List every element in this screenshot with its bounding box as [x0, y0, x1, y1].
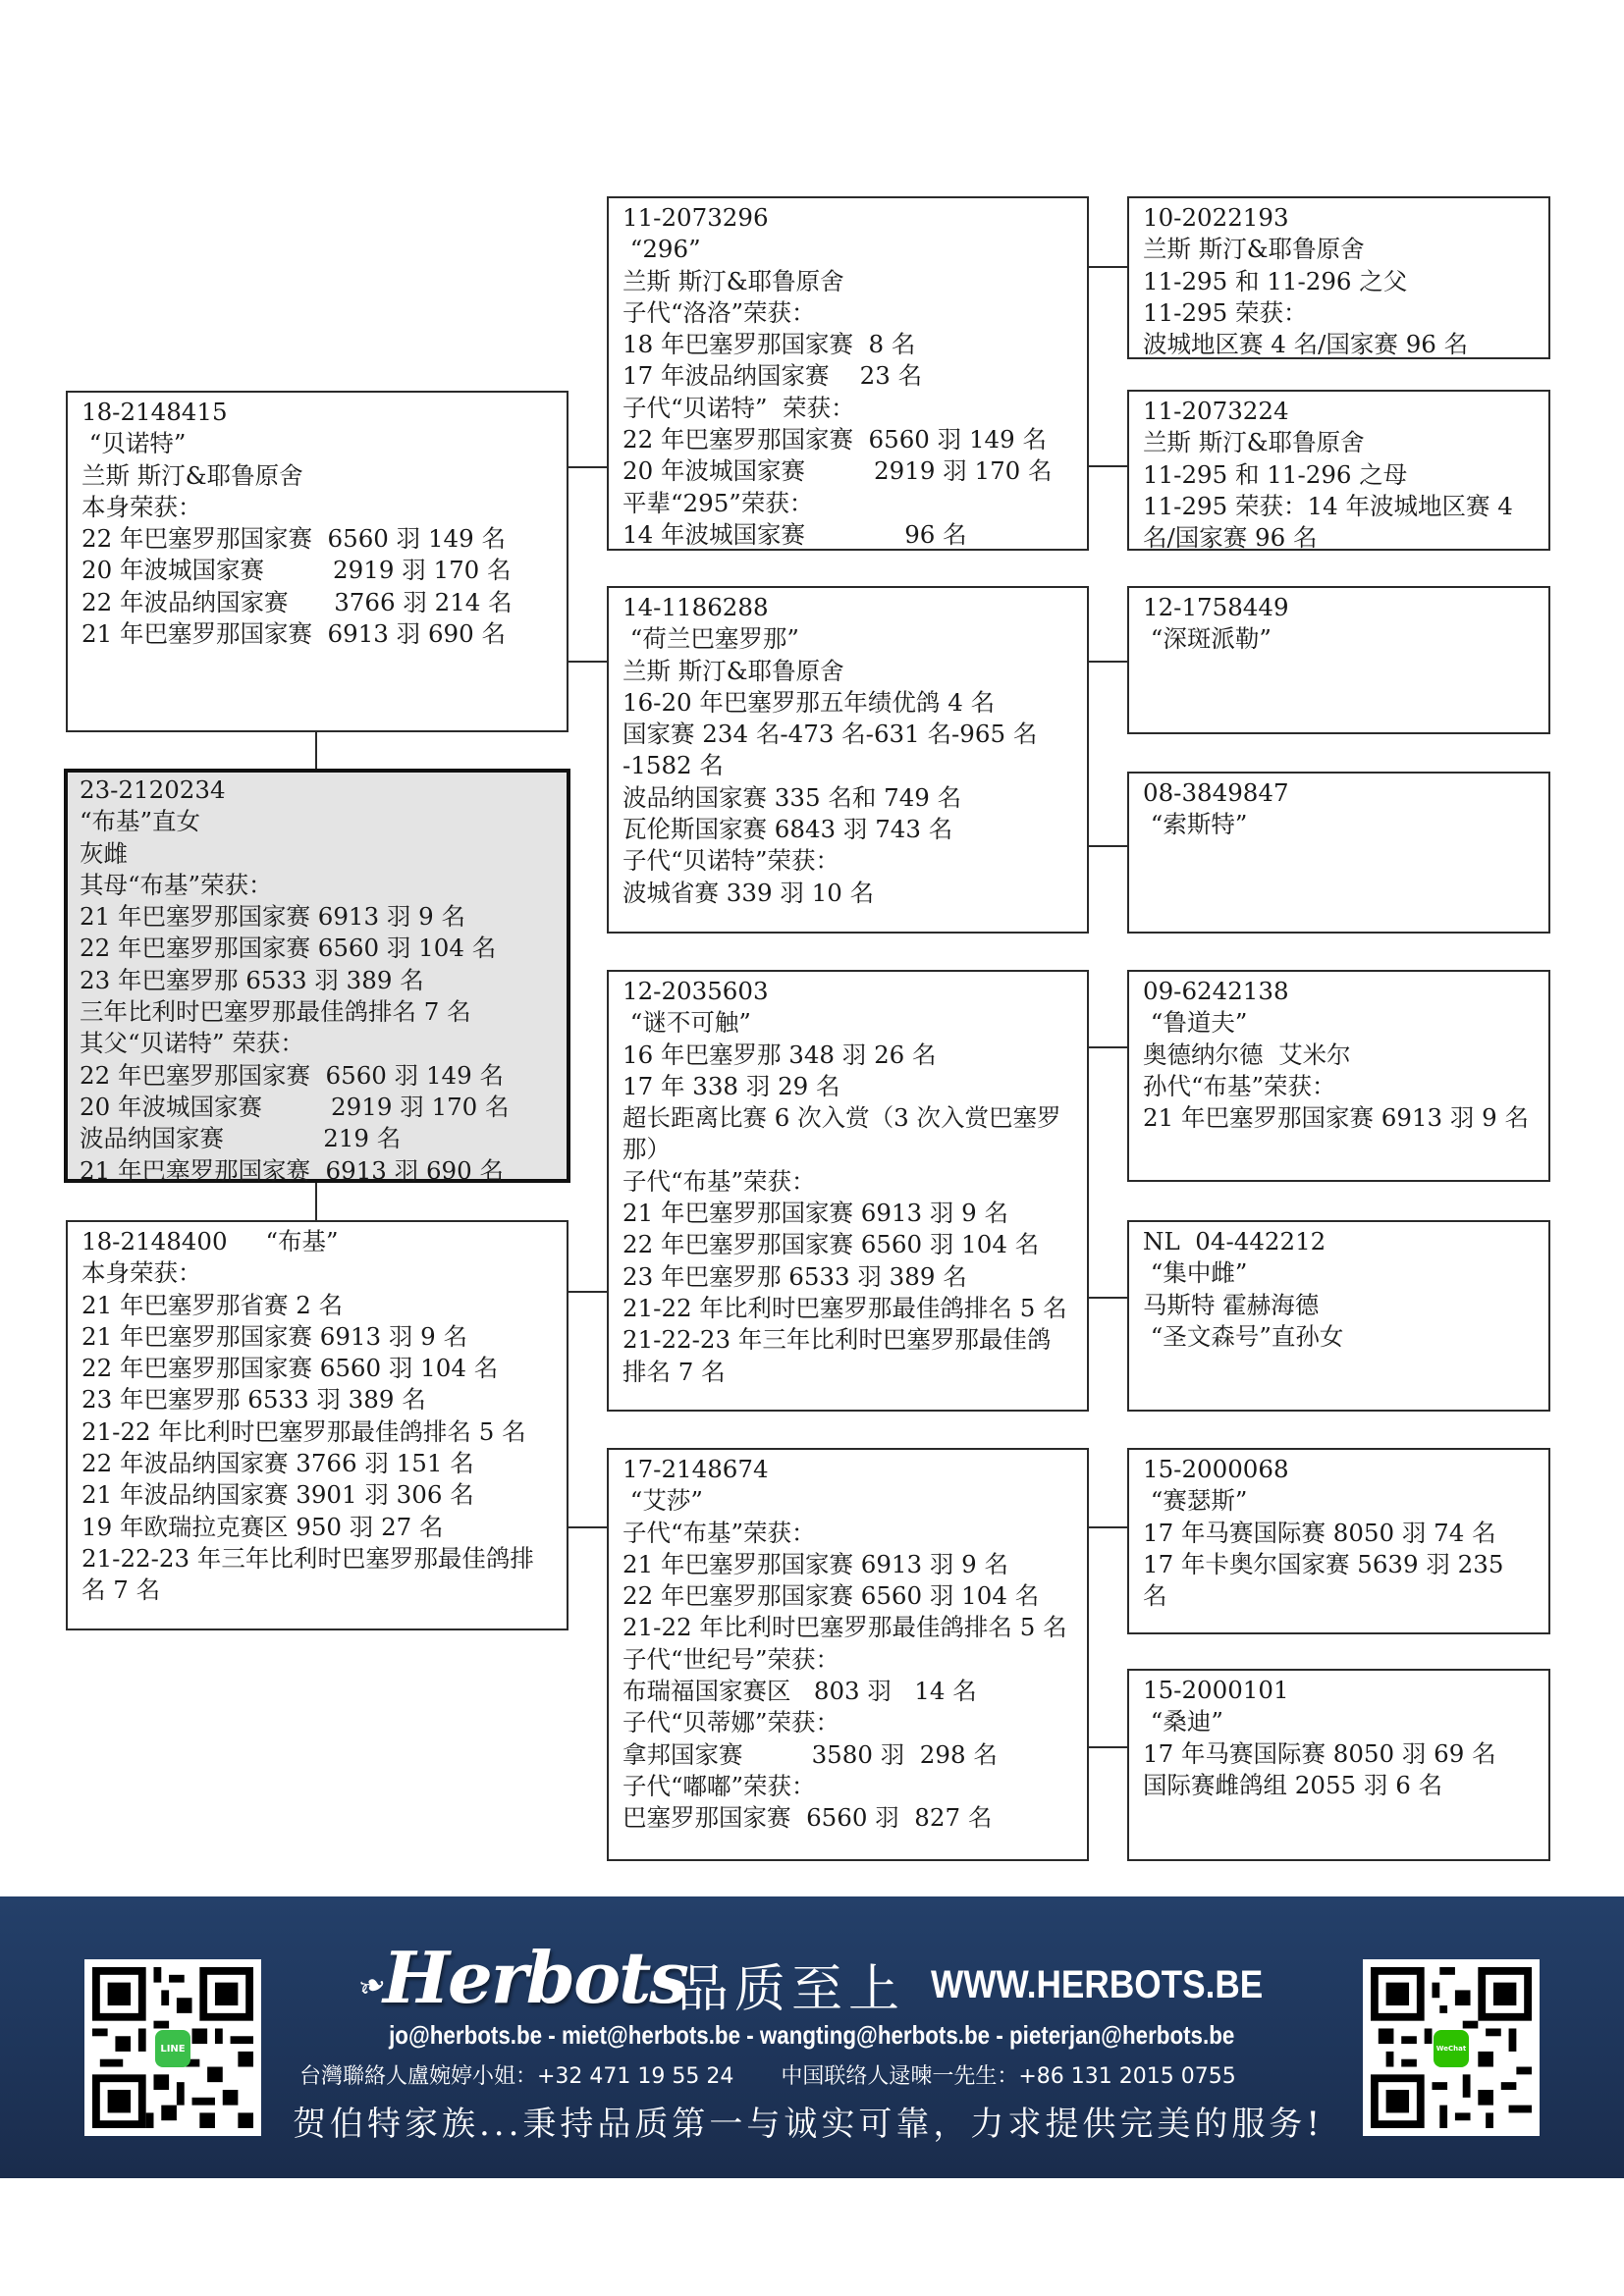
- pedigree-line: 14-1186288: [623, 592, 1073, 623]
- pedigree-line: 子代“洛洛”荣获：: [623, 297, 1073, 329]
- pedigree-line: 08-3849847: [1143, 777, 1535, 809]
- pedigree-line: 21 年巴塞罗那国家赛 6913 羽 9 名: [623, 1549, 1073, 1580]
- pedigree-line: 22 年巴塞罗那国家赛 6560 羽 104 名: [623, 1580, 1073, 1612]
- pedigree-line: 18 年巴塞罗那国家赛 8 名: [623, 329, 1073, 360]
- pedigree-line: 22 年巴塞罗那国家赛 6560 羽 104 名: [81, 1353, 553, 1384]
- pedigree-line: 超长距离比赛 6 次入赏（3 次入赏巴塞罗那）: [623, 1102, 1073, 1166]
- pedigree-line: “圣文森号”直孙女: [1143, 1321, 1535, 1353]
- pedigree-line: “鲁道夫”: [1143, 1007, 1535, 1039]
- pedigree-line: 其父“贝诺特” 荣获：: [80, 1028, 555, 1059]
- pedigree-box-ds-dam: NL 04-442212 “集中雌”马斯特 霍赫海德 “圣文森号”直孙女: [1127, 1220, 1550, 1412]
- pedigree-line: 23 年巴塞罗那 6533 羽 389 名: [623, 1261, 1073, 1293]
- pedigree-line: 20 年波城国家赛 2919 羽 170 名: [80, 1092, 555, 1123]
- pedigree-line: “桑迪”: [1143, 1706, 1535, 1737]
- pedigree-box-ss-sire: 10-2022193兰斯 斯汀&耶鲁原舍11-295 和 11-296 之父11…: [1127, 196, 1550, 359]
- pedigree-box-dam-sire: 12-2035603 “谜不可触”16 年巴塞罗那 348 羽 26 名17 年…: [607, 970, 1089, 1412]
- pedigree-line: 子代“贝蒂娜”荣获：: [623, 1707, 1073, 1738]
- connector-dam-to-dd: [568, 1526, 607, 1528]
- footer-banner: LINE ❧ Herbots 品质至上 WWW.HERBOTS.BE jo@he…: [0, 1896, 1624, 2178]
- brand-logo: Herbots: [383, 1936, 687, 2019]
- pedigree-line: 11-2073296: [623, 202, 1073, 234]
- pedigree-line: 灰雌: [80, 838, 555, 870]
- pedigree-line: 11-2073224: [1143, 396, 1535, 427]
- pedigree-line: 22 年波品纳国家赛 3766 羽 151 名: [81, 1448, 553, 1479]
- connector-sire-to-sd: [568, 661, 607, 663]
- pedigree-line: 21 年巴塞罗那国家赛 6913 羽 9 名: [81, 1321, 553, 1353]
- pedigree-line: 其母“布基”荣获：: [80, 870, 555, 901]
- pedigree-line: 11-295 和 11-296 之父: [1143, 266, 1535, 297]
- pedigree-box-ss-dam: 11-2073224兰斯 斯汀&耶鲁原舍11-295 和 11-296 之母11…: [1127, 390, 1550, 551]
- pedigree-line: 22 年巴塞罗那国家赛 6560 羽 149 名: [80, 1060, 555, 1092]
- connector-sire-subject: [315, 731, 317, 771]
- connector-dd-to-dam: [1088, 1746, 1127, 1748]
- pedigree-line: 21 年巴塞罗那国家赛 6913 羽 9 名: [1143, 1102, 1535, 1134]
- email-list[interactable]: jo@herbots.be - miet@herbots.be - wangti…: [389, 2020, 1234, 2051]
- pedigree-line: 本身荣获：: [81, 492, 553, 523]
- connector-ss-to-dam: [1088, 465, 1127, 467]
- pedigree-line: 马斯特 霍赫海德: [1143, 1290, 1535, 1321]
- pedigree-line: “赛瑟斯”: [1143, 1485, 1535, 1517]
- pedigree-box-dd-dam: 15-2000101 “桑迪”17 年马赛国际赛 8050 羽 69 名国际赛雌…: [1127, 1669, 1550, 1861]
- pedigree-line: 11-295 荣获：: [1143, 297, 1535, 329]
- pedigree-line: 21 年巴塞罗那国家赛 6913 羽 690 名: [81, 618, 553, 650]
- pedigree-line: 23-2120234: [80, 774, 555, 806]
- pedigree-line: 兰斯 斯汀&耶鲁原舍: [1143, 427, 1535, 458]
- pedigree-line: “集中雌”: [1143, 1257, 1535, 1289]
- pedigree-line: 兰斯 斯汀&耶鲁原舍: [81, 460, 553, 492]
- pedigree-line: 23 年巴塞罗那 6533 羽 389 名: [80, 965, 555, 996]
- pedigree-box-sire-sire: 11-2073296 “296”兰斯 斯汀&耶鲁原舍子代“洛洛”荣获：18 年巴…: [607, 196, 1089, 551]
- pedigree-line: 14 年波城国家赛 96 名: [623, 519, 1073, 551]
- pedigree-line: “布基”直女: [80, 806, 555, 837]
- pedigree-line: 21-22 年比利时巴塞罗那最佳鸽排名 5 名: [623, 1293, 1073, 1324]
- pedigree-line: 17 年马赛国际赛 8050 羽 69 名: [1143, 1738, 1535, 1770]
- pedigree-line: 波城地区赛 4 名/国家赛 96 名: [1143, 329, 1535, 360]
- pedigree-line: 17 年波品纳国家赛 23 名: [623, 360, 1073, 392]
- pedigree-line: 本身荣获：: [81, 1257, 553, 1289]
- connector-sd-to-dam: [1088, 845, 1127, 847]
- brand-row: ❧ Herbots 品质至上 WWW.HERBOTS.BE: [373, 1936, 1257, 2024]
- connector-sd-to-sire: [1088, 661, 1127, 663]
- pedigree-line: “深斑派勒”: [1143, 623, 1535, 655]
- pedigree-line: 23 年巴塞罗那 6533 羽 389 名: [81, 1384, 553, 1415]
- pedigree-box-subject: 23-2120234“布基”直女灰雌其母“布基”荣获：21 年巴塞罗那国家赛 6…: [64, 769, 570, 1183]
- pedigree-line: 子代“贝诺特”荣获：: [623, 845, 1073, 877]
- pedigree-line: “贝诺特”: [81, 428, 553, 459]
- pedigree-line: 20 年波城国家赛 2919 羽 170 名: [81, 555, 553, 586]
- pedigree-line: 22 年巴塞罗那国家赛 6560 羽 149 名: [81, 523, 553, 555]
- pedigree-line: 17-2148674: [623, 1454, 1073, 1485]
- pedigree-line: 21 年波品纳国家赛 3901 羽 306 名: [81, 1479, 553, 1511]
- contact-taiwan: 台灣聯絡人盧婉婷小姐：+32 471 19 55 24: [299, 2064, 733, 2089]
- brand-tagline: 贺伯特家族...秉持品质第一与诚实可靠，力求提供完美的服务!: [293, 2097, 1324, 2145]
- pedigree-box-dd-sire: 15-2000068 “赛瑟斯”17 年马赛国际赛 8050 羽 74 名17 …: [1127, 1448, 1550, 1634]
- pedigree-line: 21-22 年比利时巴塞罗那最佳鸽排名 5 名: [623, 1612, 1073, 1643]
- pedigree-line: 16 年巴塞罗那 348 羽 26 名: [623, 1040, 1073, 1071]
- pedigree-line: 21-22-23 年三年比利时巴塞罗那最佳鸽排名 7 名: [81, 1543, 553, 1607]
- pedigree-line: 11-295 和 11-296 之母: [1143, 459, 1535, 491]
- pedigree-line: 奥德纳尔德 艾米尔: [1143, 1040, 1535, 1071]
- pedigree-box-sd-dam: 08-3849847 “索斯特”: [1127, 772, 1550, 934]
- pedigree-line: “荷兰巴塞罗那”: [623, 623, 1073, 655]
- contact-phones: 台灣聯絡人盧婉婷小姐：+32 471 19 55 24中国联络人逯暕一先生：+8…: [299, 2059, 1236, 2090]
- pedigree-line: 孙代“布基”荣获：: [1143, 1071, 1535, 1102]
- pedigree-line: 21 年巴塞罗那省赛 2 名: [81, 1290, 553, 1321]
- pedigree-line: 17 年马赛国际赛 8050 羽 74 名: [1143, 1518, 1535, 1549]
- pedigree-box-ds-sire: 09-6242138 “鲁道夫”奥德纳尔德 艾米尔孙代“布基”荣获：21 年巴塞…: [1127, 970, 1550, 1182]
- pedigree-line: 18-2148400 “布基”: [81, 1226, 553, 1257]
- qr-code-wechat[interactable]: WeChat: [1363, 1959, 1540, 2136]
- pedigree-line: 21-22 年比利时巴塞罗那最佳鸽排名 5 名: [81, 1416, 553, 1448]
- pedigree-line: “艾莎”: [623, 1485, 1073, 1517]
- pedigree-line: 21 年巴塞罗那国家赛 6913 羽 690 名: [80, 1155, 555, 1187]
- pedigree-line: 平辈“295”荣获：: [623, 488, 1073, 519]
- pedigree-line: 22 年波品纳国家赛 3766 羽 214 名: [81, 587, 553, 618]
- connector-ds-to-dam: [1088, 1297, 1127, 1299]
- wechat-app-icon: WeChat: [1434, 2030, 1469, 2067]
- pedigree-box-dam: 18-2148400 “布基”本身荣获：21 年巴塞罗那省赛 2 名21 年巴塞…: [66, 1220, 568, 1630]
- pedigree-line: “索斯特”: [1143, 809, 1535, 840]
- pedigree-line: “296”: [623, 234, 1073, 265]
- connector-ss-to-sire: [1088, 266, 1127, 268]
- pedigree-line: 兰斯 斯汀&耶鲁原舍: [1143, 234, 1535, 265]
- pedigree-line: 21 年巴塞罗那国家赛 6913 羽 9 名: [623, 1198, 1073, 1229]
- pedigree-box-sire: 18-2148415 “贝诺特”兰斯 斯汀&耶鲁原舍本身荣获：22 年巴塞罗那国…: [66, 391, 568, 732]
- connector-dam-to-ds: [568, 1291, 607, 1293]
- pedigree-line: 19 年欧瑞拉克赛区 950 羽 27 名: [81, 1512, 553, 1543]
- pedigree-box-sire-dam: 14-1186288 “荷兰巴塞罗那”兰斯 斯汀&耶鲁原舍16-20 年巴塞罗那…: [607, 586, 1089, 934]
- pedigree-line: 子代“世纪号”荣获：: [623, 1644, 1073, 1676]
- pedigree-line: 22 年巴塞罗那国家赛 6560 羽 104 名: [623, 1229, 1073, 1260]
- connector-subject-dam: [315, 1181, 317, 1220]
- pedigree-line: 子代“布基”荣获：: [623, 1166, 1073, 1198]
- pedigree-line: 国家赛 234 名-473 名-631 名-965 名 -1582 名: [623, 719, 1073, 782]
- pedigree-line: 三年比利时巴塞罗那最佳鸽排名 7 名: [80, 996, 555, 1028]
- pedigree-line: 17 年卡奥尔国家赛 5639 羽 235 名: [1143, 1549, 1535, 1613]
- pedigree-line: 国际赛雌鸽组 2055 羽 6 名: [1143, 1770, 1535, 1801]
- pedigree-line: 15-2000068: [1143, 1454, 1535, 1485]
- pedigree-box-sd-sire: 12-1758449 “深斑派勒”: [1127, 586, 1550, 734]
- pedigree-line: 22 年巴塞罗那国家赛 6560 羽 104 名: [80, 933, 555, 964]
- connector-dd-to-sire: [1088, 1526, 1127, 1528]
- pedigree-line: 18-2148415: [81, 397, 553, 428]
- pedigree-line: 10-2022193: [1143, 202, 1535, 234]
- connector-sire-to-ss: [568, 466, 607, 468]
- pedigree-line: 15-2000101: [1143, 1675, 1535, 1706]
- pedigree-line: 子代“布基”荣获：: [623, 1518, 1073, 1549]
- pedigree-line: “谜不可触”: [623, 1007, 1073, 1039]
- pedigree-line: 09-6242138: [1143, 976, 1535, 1007]
- pedigree-line: 12-2035603: [623, 976, 1073, 1007]
- pedigree-line: 波品纳国家赛 219 名: [80, 1123, 555, 1154]
- pedigree-line: 11-295 荣获：14 年波城地区赛 4 名/国家赛 96 名: [1143, 491, 1535, 555]
- pedigree-line: 22 年巴塞罗那国家赛 6560 羽 149 名: [623, 424, 1073, 455]
- pedigree-line: 21-22-23 年三年比利时巴塞罗那最佳鸽排名 7 名: [623, 1324, 1073, 1388]
- pedigree-line: 巴塞罗那国家赛 6560 羽 827 名: [623, 1802, 1073, 1834]
- connector-ds-to-sire: [1088, 1046, 1127, 1048]
- pedigree-line: 兰斯 斯汀&耶鲁原舍: [623, 266, 1073, 297]
- contact-china: 中国联络人逯暕一先生：+86 131 2015 0755: [781, 2064, 1235, 2089]
- pedigree-line: 17 年 338 羽 29 名: [623, 1071, 1073, 1102]
- pedigree-line: 20 年波城国家赛 2919 羽 170 名: [623, 455, 1073, 487]
- pedigree-box-dam-dam: 17-2148674 “艾莎”子代“布基”荣获：21 年巴塞罗那国家赛 6913…: [607, 1448, 1089, 1861]
- pedigree-line: 子代“嘟嘟”荣获：: [623, 1771, 1073, 1802]
- pedigree-line: 波品纳国家赛 335 名和 749 名: [623, 782, 1073, 814]
- pedigree-line: 21 年巴塞罗那国家赛 6913 羽 9 名: [80, 901, 555, 933]
- pedigree-line: NL 04-442212: [1143, 1226, 1535, 1257]
- pedigree-line: 波城省赛 339 羽 10 名: [623, 878, 1073, 909]
- pedigree-line: 12-1758449: [1143, 592, 1535, 623]
- pedigree-line: 兰斯 斯汀&耶鲁原舍: [623, 656, 1073, 687]
- pedigree-line: 拿邦国家赛 3580 羽 298 名: [623, 1739, 1073, 1771]
- pedigree-line: 瓦伦斯国家赛 6843 羽 743 名: [623, 814, 1073, 845]
- pedigree-line: 16-20 年巴塞罗那五年绩优鸽 4 名: [623, 687, 1073, 719]
- brand-slogan: 品质至上: [677, 1948, 905, 2021]
- pedigree-line: 子代“贝诺特” 荣获：: [623, 393, 1073, 424]
- pedigree-line: 布瑞福国家赛区 803 羽 14 名: [623, 1676, 1073, 1707]
- website-link[interactable]: WWW.HERBOTS.BE: [931, 1963, 1263, 2007]
